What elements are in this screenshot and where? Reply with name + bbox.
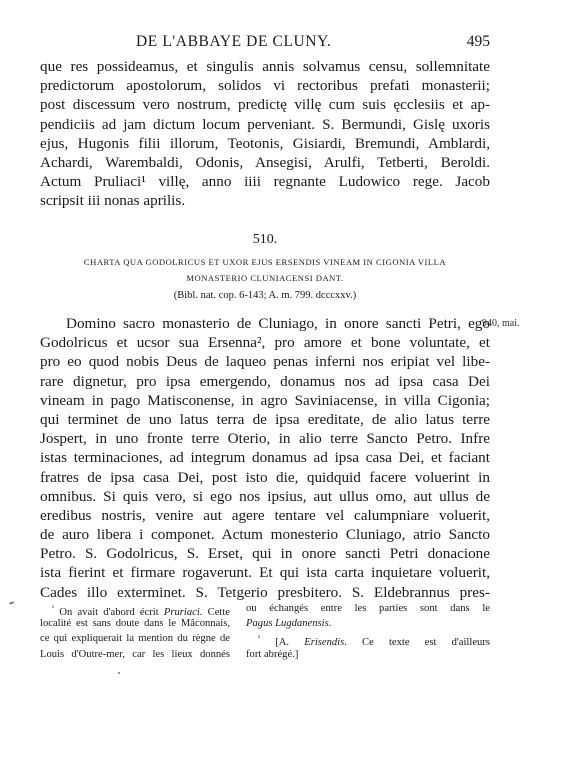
text-line: pro eo quod nobis Deus de laqueo penas i… [40, 352, 490, 371]
text-line: vineam in pago Matisconense, in agro Sav… [40, 391, 490, 410]
footnote-italic-text: Pagus Lugdanensis [246, 618, 329, 629]
charter-heading: CHARTA QUA GODOLRICUS ET UXOR EJUS ERSEN… [40, 254, 490, 286]
charter-source-citation: (Bibl. nat. cop. 6-143; A. m. 799. dcccx… [40, 290, 490, 301]
footnote-text: . Ce texte est d'ailleurs [344, 637, 490, 648]
footnote-2-line: fort abrégé.] [246, 647, 490, 662]
footnote-1-line: ¹ On avait d'abord écrit Pruriaci. Cette [40, 601, 230, 616]
text-line: rare dignetur, pro ipsa emergendo, donam… [40, 372, 490, 391]
footnote-1-line: localité est sans doute dans le Mâconnai… [40, 616, 230, 631]
footnote-1-line: Louis d'Outre-mer, car les lieux donnés [40, 647, 230, 662]
footnote-1-line: ou échangés entre les parties sont dans … [246, 601, 490, 616]
text-line: post discessum vero nostrum, predictę vi… [40, 95, 490, 114]
text-line: Achardi, Warembaldi, Odonis, Ansegisi, A… [40, 153, 490, 172]
footnote-column-left: ¹ On avait d'abord écrit Pruriaci. Cette… [40, 601, 230, 662]
charter-heading-line: CHARTA QUA GODOLRICUS ET UXOR EJUS ERSEN… [40, 254, 490, 270]
scan-speck [9, 601, 14, 604]
text-line: qui terminet de uno latus terra de ipsa … [40, 410, 490, 429]
footnote-1-line: Pagus Lugdanensis. [246, 616, 490, 631]
text-line: Jospert, in uno fronte terre Oterio, in … [40, 429, 490, 448]
text-line: istas terminaciones, ad integrum donamus… [40, 448, 490, 467]
text-line: scripsit iii nonas aprilis. [40, 191, 490, 210]
page-number: 495 [467, 33, 490, 51]
footnote-2-line: ² [A. Erisendis. Ce texte est d'ailleurs [246, 631, 490, 646]
text-line: pendiciis ad jam dictum locum perveniant… [40, 115, 490, 134]
footnote-marker: ¹ [52, 604, 54, 612]
running-title: DE L'ABBAYE DE CLUNY. [136, 33, 331, 51]
charter-heading-line: MONASTERIO CLUNIACENSI DANT. [40, 270, 490, 286]
footnote-1-line: ce qui expliquerait la mention du règne … [40, 631, 230, 646]
footnote-italic-text: Erisendis [304, 637, 344, 648]
text-line: Petro. S. Godolricus, S. Erset, qui in o… [40, 544, 490, 563]
footnote-marker: ² [258, 634, 260, 642]
text-line: omnibus. Si quis vero, si ego nos ipsius… [40, 487, 490, 506]
text-line: ista fierint et firmare rogaverunt. Et q… [40, 563, 490, 582]
text-line: Cades illo exterminet. S. Tetgerio presb… [40, 583, 490, 602]
text-line: Domino sacro monasterio de Cluniago, in … [40, 314, 490, 333]
text-line: eredibus nostris, venire aut agere tenta… [40, 506, 490, 525]
text-line: Godolricus et ucsor sua Ersenna², pro am… [40, 333, 490, 352]
text-line: que res possideamus, et singulis annis s… [40, 57, 490, 76]
running-head: DE L'ABBAYE DE CLUNY. 495 [40, 33, 490, 53]
footnote-column-right: ou échangés entre les parties sont dans … [246, 601, 490, 662]
charter-body: Domino sacro monasterio de Cluniago, in … [40, 314, 490, 602]
scan-speck [118, 672, 120, 674]
charter-number: 510. [40, 232, 490, 248]
preceding-charter-conclusion: que res possideamus, et singulis annis s… [40, 57, 490, 211]
text-line: predictorum apostolorum, solidos vi rect… [40, 76, 490, 95]
text-line: fratres de ipsa casa Dei, post isto die,… [40, 468, 490, 487]
text-line: de auro libera i componet. Actum moneste… [40, 525, 490, 544]
book-page: DE L'ABBAYE DE CLUNY. 495 que res possid… [0, 0, 565, 775]
footnote-text: . [329, 618, 332, 629]
text-line: ejus, Hugonis filii illorum, Teotonis, G… [40, 134, 490, 153]
text-line: Actum Pruliaci¹ villę, anno iiii regnant… [40, 172, 490, 191]
